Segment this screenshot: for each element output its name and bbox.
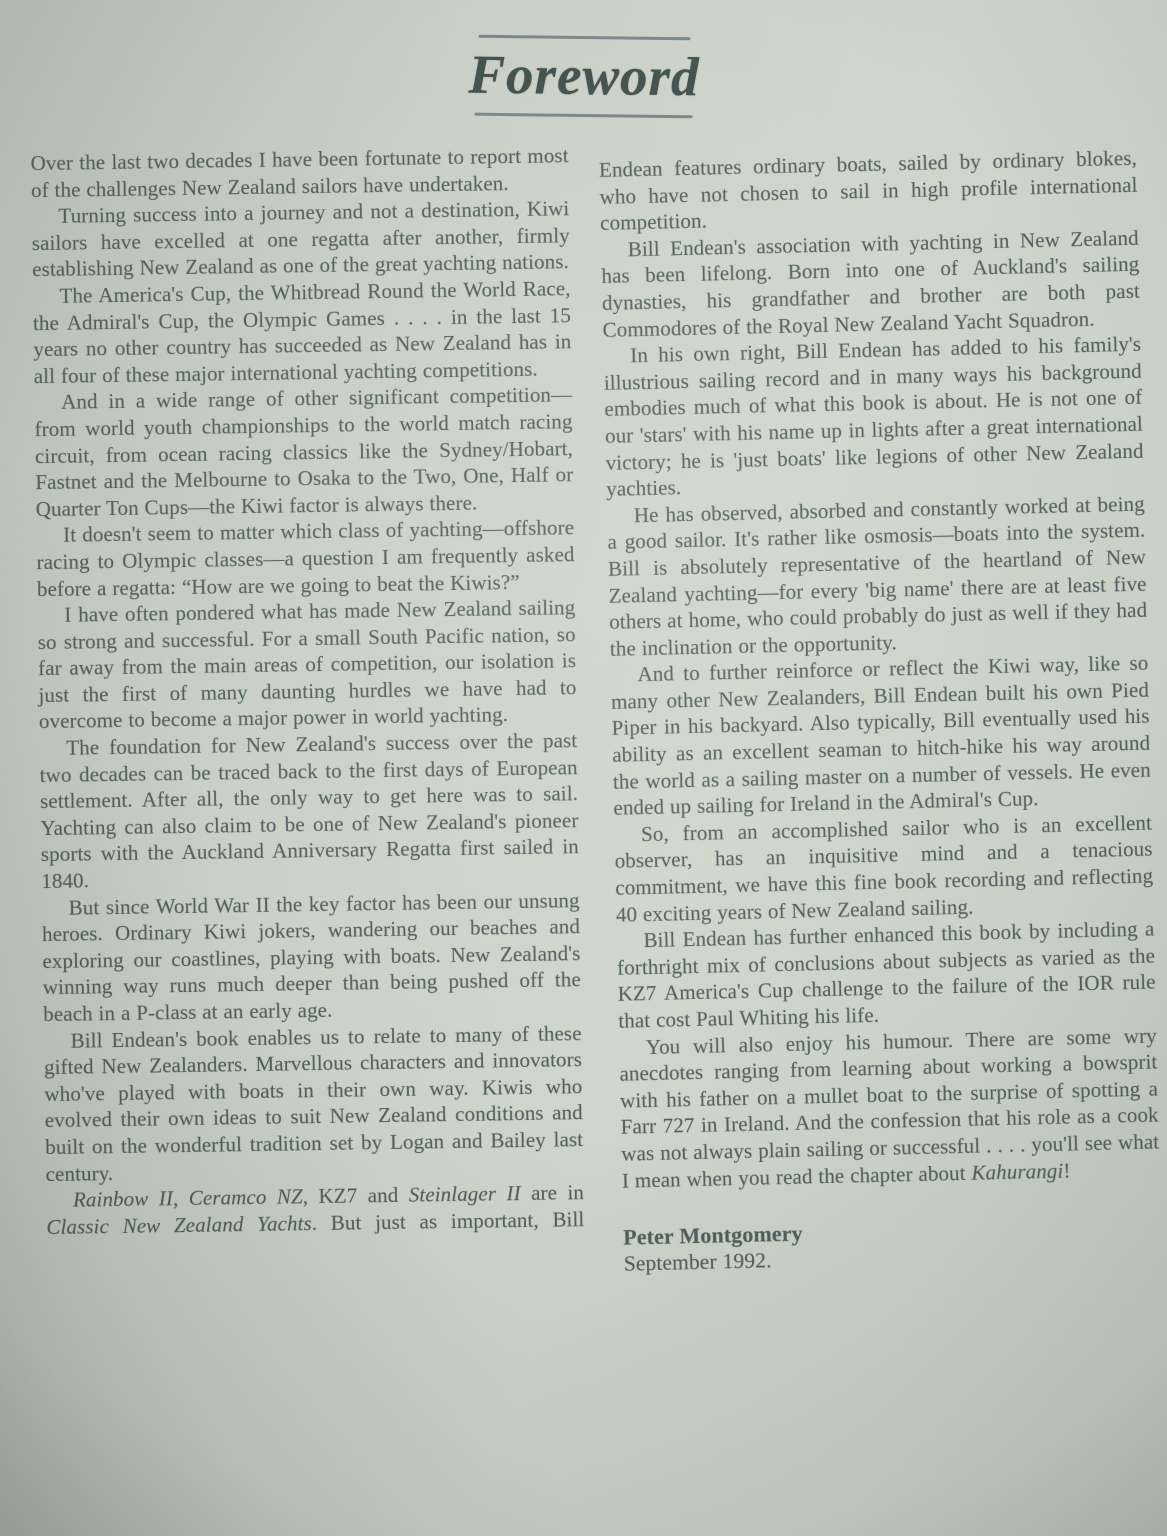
paragraph: Bill Endean's book enables us to relate … (43, 1020, 583, 1188)
body-text: You will also enjoy his humour. There ar… (619, 1023, 1159, 1192)
paragraph: The foundation for New Zealand's success… (39, 727, 579, 895)
signature-block: Peter Montgomery September 1992. (623, 1212, 1162, 1278)
body-text: . But just as important, Bill (312, 1207, 585, 1235)
body-text: And to further reinforce or reflect the … (611, 651, 1151, 820)
paragraph: So, from an accomplished sailor who is a… (614, 809, 1154, 928)
paragraph: Bill Endean has further enhanced this bo… (616, 916, 1156, 1035)
paragraph: You will also enjoy his humour. There ar… (619, 1022, 1160, 1194)
body-text: He has observed, absorbed and constantly… (607, 491, 1147, 660)
paragraph: Bill Endean's association with yachting … (601, 224, 1141, 343)
body-text: are in (520, 1180, 584, 1205)
left-column: Over the last two decades I have been fo… (30, 142, 585, 1284)
body-text: I have often pondered what has made New … (38, 595, 577, 733)
body-text: Over the last two decades I have been fo… (30, 143, 568, 202)
body-text: So, from an accomplished sailor who is a… (614, 810, 1153, 926)
title-block: Foreword (453, 34, 714, 118)
body-text: Bill Endean's association with yachting … (601, 225, 1140, 341)
body-text: Turning success into a journey and not a… (32, 196, 570, 281)
body-text: Endean features ordinary boats, sailed b… (599, 146, 1138, 235)
body-text: And in a wide range of other significant… (34, 383, 573, 521)
paragraph: In his own right, Bill Endean has added … (603, 331, 1144, 503)
italic-text: Rainbow II (73, 1186, 173, 1211)
paragraph: Over the last two decades I have been fo… (30, 142, 569, 203)
body-text: , (173, 1186, 189, 1210)
right-column: Endean features ordinary boats, sailed b… (598, 132, 1162, 1278)
body-text: Bill Endean has further enhanced this bo… (617, 917, 1156, 1033)
right-column-text: Endean features ordinary boats, sailed b… (599, 145, 1160, 1194)
body-text: , KZ7 and (303, 1183, 409, 1209)
content-columns: Over the last two decades I have been fo… (0, 108, 1167, 1284)
paragraph: I have often pondered what has made New … (37, 594, 577, 735)
body-text: It doesn't seem to matter which class of… (36, 515, 574, 600)
body-text: The America's Cup, the Whitbread Round t… (33, 276, 572, 388)
italic-text: Kahurangi (971, 1158, 1063, 1184)
book-page: Foreword Over the last two decades I hav… (0, 0, 1167, 1536)
paragraph: Endean features ordinary boats, sailed b… (599, 145, 1139, 237)
paragraph: Turning success into a journey and not a… (31, 195, 570, 283)
paragraph: And in a wide range of other significant… (34, 382, 574, 523)
italic-text: Classic New Zealand Yachts (46, 1211, 312, 1239)
paragraph: The America's Cup, the Whitbread Round t… (32, 275, 572, 389)
italic-text: Ceramco NZ (189, 1184, 303, 1210)
body-text: The foundation for New Zealand's success… (40, 728, 579, 893)
body-text: But since World War II the key factor ha… (42, 888, 581, 1026)
title-rule-top (478, 35, 690, 41)
paragraph: But since World War II the key factor ha… (41, 887, 581, 1028)
paragraph: It doesn't seem to matter which class of… (36, 514, 575, 602)
paragraph: He has observed, absorbed and constantly… (607, 490, 1148, 662)
body-text: ! (1063, 1158, 1071, 1182)
paragraph: And to further reinforce or reflect the … (610, 650, 1151, 822)
italic-text: Steinlager II (409, 1181, 521, 1207)
body-text: In his own right, Bill Endean has added … (604, 332, 1144, 501)
paragraph: Rainbow II, Ceramco NZ, KZ7 and Steinlag… (46, 1179, 585, 1240)
page-title: Foreword (453, 46, 714, 104)
body-text: Bill Endean's book enables us to relate … (44, 1021, 583, 1186)
